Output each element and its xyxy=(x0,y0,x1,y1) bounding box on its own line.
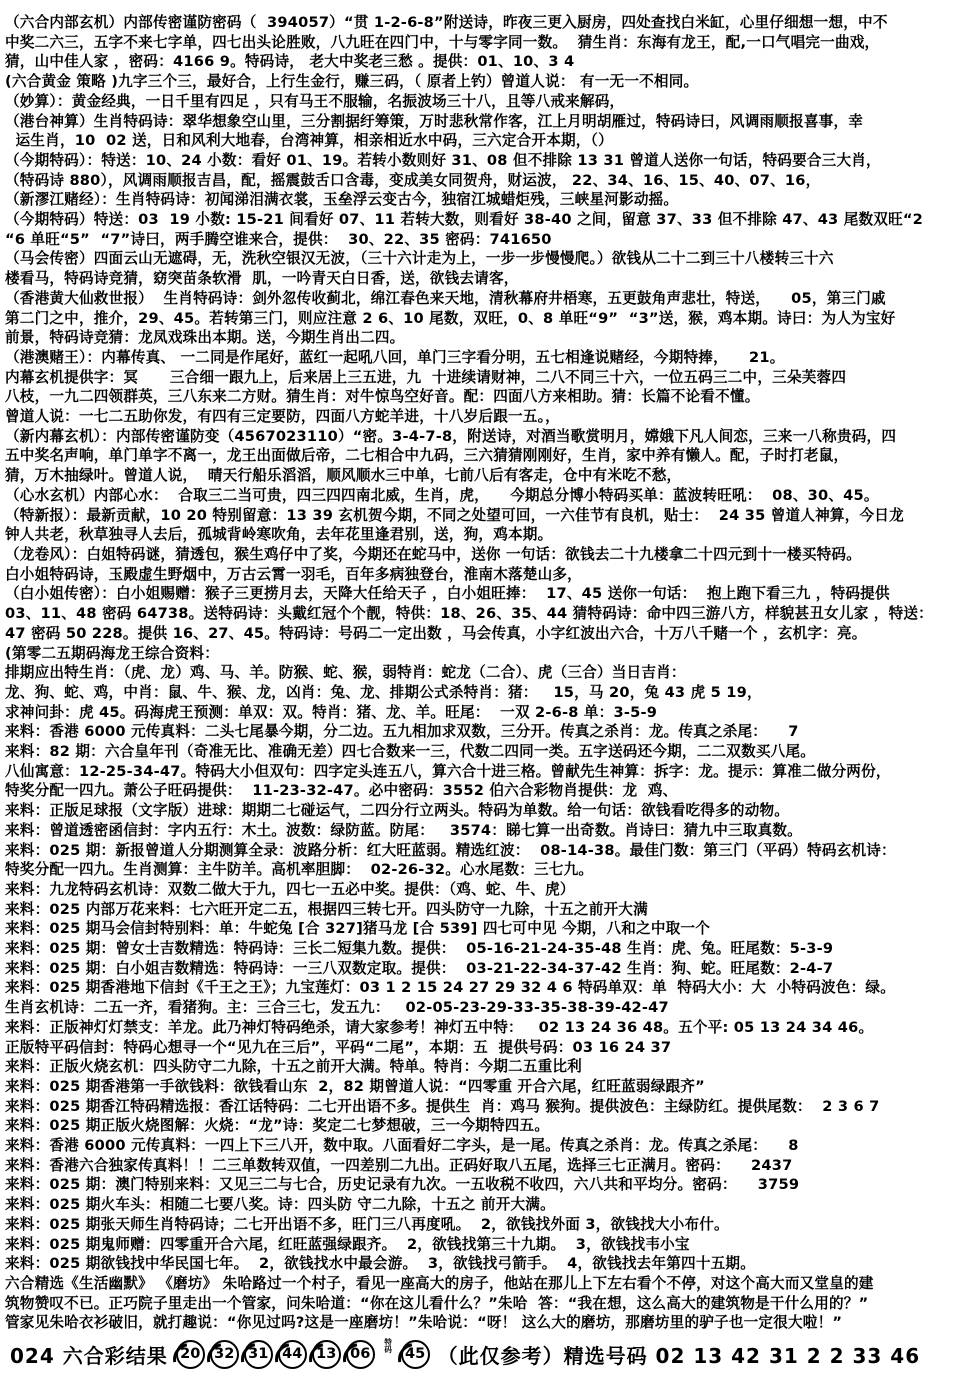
text-line: 正版特平码信封：特码心想寻一个“见九在三后”，平码“二尾”，本期：五 提供号码：… xyxy=(5,1038,977,1058)
text-line: 白小姐特码诗，玉殿虚生野烟中，万古云霄一羽毛，百年多病独登台，淮南木落楚山多， xyxy=(5,565,977,585)
text-line: 来料：025 期香港地下信封《千王之王》；九宝莲灯：03 1 2 15 24 2… xyxy=(5,978,977,998)
text-line: 47 密码 50 228。提供 16、27、45。特码诗：号码二一定出数 ，马会… xyxy=(5,624,977,644)
text-line: 楼看马，特码诗竞猜，窈突苗条软滑 肌，一吟青天白日香，送，欲钱去请客， xyxy=(5,269,977,289)
text-line: 猜，万木抽绿叶。曾道人说， 晴天行船乐滔滔，顺风顺水三中单，七前八后有客走，仓中… xyxy=(5,466,977,486)
text-line: 来料：025 期马会信封特别料：单：牛蛇兔 [合 327]猪马龙 [合 539]… xyxy=(5,919,977,939)
text-line: 五中奖名声响，单门单字不离一，龙王出面做后帝，二七相合中九码，三六猜猜刚刚好，生… xyxy=(5,446,977,466)
text-line: （龙卷风）：白姐特码谜，猜透包，猴生鸡仔中了奖，今期还在蛇马中，送你 一句话：欲… xyxy=(5,545,977,565)
text-line: 前景，特码诗竞猜：龙凤戏珠出本期。送，今期生肖出二四。 xyxy=(5,328,977,348)
text-line: （港台神算）生肖特码诗：翠华想象空山里，三分割据纡筹策，万时悲秋常作客，江上月明… xyxy=(5,112,977,132)
text-line: 来料：025 期：白小姐吉数精选：特码诗：一三八双数定取。提供： 03-21-2… xyxy=(5,959,977,979)
text-line: 八枝，一九二四领群英，三八东来二方财。猜生肖：对牛惊鸟空好音。配：四面八方来相助… xyxy=(5,387,977,407)
text-line: 来料：正版火烧玄机：四头防守二九除，十五之前开大满。特单。特肖：今期二五重比利 xyxy=(5,1057,977,1077)
text-line: 管家见朱哈衣衫破旧，就打趣说：“你见过吗?这是一座磨坊！”朱哈说：“呀！ 这么大… xyxy=(5,1313,977,1333)
text-line: 八仙寓意：12-25-34-47。特码大小但双句：四字定头连五八，算六合十进三格… xyxy=(5,762,977,782)
result-note: （此仅参考）精选号码 02 13 42 31 2 2 33 46 xyxy=(438,1340,921,1369)
lottery-ball-icon: 20 xyxy=(176,1340,205,1369)
text-line: 曾道人说：一七二五助你发，有四有三定要防，四面八方蛇羊进，十八岁后跟一五。， xyxy=(5,407,977,427)
text-line: 来料：九龙特码玄机诗：双数二做大于九，四七一五必中奖。提供：（鸡、蛇、牛、虎） xyxy=(5,880,977,900)
text-line: 来料：香港 6000 元传真料：二头七尾暴今期，分二边。五九相加求双数，三分开。… xyxy=(5,722,977,742)
text-line: 筑物赞叹不已。正巧院子里走出一个管家，问朱哈道：“你在这儿看什么？”朱哈 答：“… xyxy=(5,1294,977,1314)
special-number-label: 特码 xyxy=(384,1338,392,1370)
text-line: 特奖分配一四九。生肖测算：主牛防羊。高机率胆脚： 02-26-32。心水尾数：三… xyxy=(5,860,977,880)
lottery-ball-icon: 44 xyxy=(278,1340,307,1369)
text-line: 来料：025 期：澳门特别来料：又见三二与七合，历史记录有九次。一五收税不收四，… xyxy=(5,1175,977,1195)
text-line: 来料：025 内部万花来料：七六旺开定二五，根据四三转七开。四头防守一九除，十五… xyxy=(5,900,977,920)
text-line: 龙、狗、蛇、鸡，中肖：鼠、牛、猴、龙，凶肖：兔、龙、排期公式杀特肖：猪： 15，… xyxy=(5,683,977,703)
text-line: 内幕玄机提供字：冥 三合细一跟九上，后来居上三五进，九 十进续请财神，二八不同三… xyxy=(5,368,977,388)
text-line: 来料：正版足球报（文字版）进球：期期二七碰运气，二四分行立两头。特码为单数。给一… xyxy=(5,801,977,821)
text-line: （港澳赌王）：内幕传真、 一二同是作尾好，蓝红一起吼八回，单门三字看分明，五七相… xyxy=(5,348,977,368)
text-line: “6 单旺“5” “7”诗曰，两手腾空谁来合，提供： 30、22、35 密码：7… xyxy=(5,230,977,250)
text-line: 钟人共老，秋草独寻人去后，孤城背岭寒吹角，去年花里逢君别，送，狗，鸡本期。 xyxy=(5,525,977,545)
text-line: 生肖玄机诗：二五一齐，看猪狗。主：三合三七，发五九： 02-05-23-29-3… xyxy=(5,998,977,1018)
lottery-ball-icon: 13 xyxy=(312,1340,341,1369)
text-line: 中奖二六三，五字不来七字单，四七出头论胜败，八九旺在四门中，十与零字同一数。 猜… xyxy=(5,33,977,53)
text-line: 03、11、48 密码 64738。送特码诗：头戴红冠个个靓，特供：18、26、… xyxy=(5,604,977,624)
result-bar: 024 六合彩结果 203231441306 特码 45 （此仅参考）精选号码 … xyxy=(5,1338,977,1370)
text-line: 来料：025 期张天师生肖特码诗；二七开出语不多，旺门三八再度吼。 2，欲钱找外… xyxy=(5,1215,977,1235)
text-line: 来料：曾道透密函信封：字内五行：木土。波数：绿防蓝。防尾： 3574：睇七算一出… xyxy=(5,821,977,841)
text-line: （心水玄机）内部心水： 合取三二当可贵，四三四四南北威，生肖，虎， 今期总分博小… xyxy=(5,486,977,506)
text-line: 来料：025 期正版火烧图解：火烧：“龙”诗：奖定二七梦想破，三一今期特四五。 xyxy=(5,1116,977,1136)
text-line: 来料：025 期火车头：相随二七要八奖。诗：四头防 守二九除，十五之 前开大满。 xyxy=(5,1195,977,1215)
text-line: 来料：025 期欲钱找中华民国七年。 2，欲钱找水中最会游。 3，欲钱找弓箭手。… xyxy=(5,1254,977,1274)
text-line: 来料：025 期香港第一手欲钱料：欲钱看山东 2，82 期曾道人说：“四零重 开… xyxy=(5,1077,977,1097)
text-line: 猜，山中佳人家 ，密码：4166 9。特码诗， 老大中奖老三愁 。提供：01、1… xyxy=(5,52,977,72)
text-line: 来料：香港六合独家传真料！！二三单数转双值，一四差别二九出。正码好取八五尾，选择… xyxy=(5,1156,977,1176)
text-line: 特奖分配一四九。萧公子旺码提供： 11-23-32-47。必中密码：3552 伯… xyxy=(5,781,977,801)
special-ball-wrap: 45 xyxy=(401,1340,430,1369)
text-line: 来料：025 期鬼师赠：四零重开合六尾，红旺蓝强绿跟齐。 2，欲钱找第三十九期。… xyxy=(5,1235,977,1255)
text-line: （新内幕玄机）：内部传密谨防变（4567023110）“密。3-4-7-8，附送… xyxy=(5,427,977,447)
text-line: （妙算）：黄金经典，一日千里有四足 ，只有马王不服输，名振波场三十八，且等八戒来… xyxy=(5,92,977,112)
text-line: (第零二五期码海龙王综合资料： xyxy=(5,644,977,664)
text-line: 第二门之中，推介，29、45。若转第三门，则应注意 2 6、10 尾数，双旺，0… xyxy=(5,309,977,329)
document-body: （六合内部玄机）内部传密谨防密码（ 394057）“贯 1-2-6-8”附送诗，… xyxy=(5,13,977,1333)
text-line: （马会传密）四面云山无遮碍，无，洗秋空银汉无波，（三十六计走为上，一步一步慢慢爬… xyxy=(5,249,977,269)
lottery-tip-sheet: （六合内部玄机）内部传密谨防密码（ 394057）“贯 1-2-6-8”附送诗，… xyxy=(0,0,979,1370)
text-line: （今期特码）：特送：10、24 小数：看好 01、19。若转小数则好 31、08… xyxy=(5,151,977,171)
result-title: 024 六合彩结果 xyxy=(10,1340,168,1369)
text-line: （新漻江赌经）：生肖特码诗：初闻涕泪满衣裳，玉垒浮云变古今，独宿江城蜡炬残，三峡… xyxy=(5,190,977,210)
text-line: 来料：025 期：新报曾道人分期测算全录：波路分析：红大旺蓝弱。精选红波： 08… xyxy=(5,841,977,861)
text-line: （特码诗 880），风调雨顺报吉昌，配，摇震鼓舌口含毒，变成美女同贺舟，财运波，… xyxy=(5,171,977,191)
text-line: 排期应出特生肖：（虎、龙）鸡、马、羊。防猴、蛇、猴，弱特肖：蛇龙（二合）、虎（三… xyxy=(5,663,977,683)
lottery-ball-icon: 06 xyxy=(346,1340,375,1369)
text-line: （白小姐传密）：白小姐赐赠：猴子三更捞月去，天降大任给天子 ，白小姐旺捧： 17… xyxy=(5,584,977,604)
text-line: 来料：025 期香江特码精选报：香江话特码：二七开出语不多。提供生 肖：鸡马 猴… xyxy=(5,1097,977,1117)
result-balls: 203231441306 xyxy=(176,1340,375,1369)
text-line: （六合内部玄机）内部传密谨防密码（ 394057）“贯 1-2-6-8”附送诗，… xyxy=(5,13,977,33)
text-line: 六合精选《生活幽默》 《磨坊》 朱哈路过一个村子，看见一座高大的房子，他站在那儿… xyxy=(5,1274,977,1294)
text-line: （香港黄大仙救世报） 生肖特码诗：剑外忽传收蓟北，绵江春色来天地，清秋幕府井梧寒… xyxy=(5,289,977,309)
text-line: (六合黄金 策略 )九字三个三，最好合，上行生金行，赚三码，（ 原者上钓）曾道人… xyxy=(5,72,977,92)
text-line: 来料：025 期：曾女士吉数精选：特码诗：三长二短集九数。提供： 05-16-2… xyxy=(5,939,977,959)
text-line: （特新报）：最新贡献，10 20 特别留意：13 39 玄机贺今期，不同之处望可… xyxy=(5,506,977,526)
text-line: （今期特码）特送：03 19 小数: 15-21 间看好 07、11 若转大数，… xyxy=(5,210,977,230)
text-line: 来料：82 期：六合皇年刊（奇准无比、准确无差）四七合数来一三，代数二四同一类。… xyxy=(5,742,977,762)
text-line: 运生肖，10 02 送，日和风利大地春，台湾神算，相亲相近水中码，三六定合开本期… xyxy=(5,131,977,151)
lottery-ball-icon: 31 xyxy=(244,1340,273,1369)
text-line: 求神问卦：虎 45。码海虎王预测：单双：双。特肖：猪、龙、羊。旺尾： 一双 2-… xyxy=(5,703,977,723)
text-line: 来料：正版神灯灯禁支：羊龙。此乃神灯特码绝杀，请大家参考！神灯五中特： 02 1… xyxy=(5,1018,977,1038)
lottery-ball-icon: 32 xyxy=(210,1340,239,1369)
special-lottery-ball-icon: 45 xyxy=(401,1340,430,1369)
text-line: 来料：香港 6000 元传真料：一四上下三八开，数中取。八面看好二字头，是一尾。… xyxy=(5,1136,977,1156)
